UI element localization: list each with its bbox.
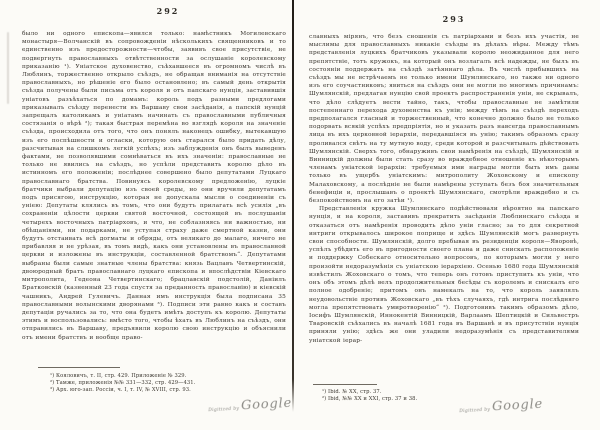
footnotes: ¹) Кояловичъ, т. II, стр. 429. Приложені… (50, 373, 195, 395)
footnote: ³) Арх. юго-зап. Россіи, ч. I, т. IV, № … (50, 387, 195, 394)
paragraph: было ни одного епископа—явился только: н… (22, 30, 286, 342)
page-number: 293 (309, 14, 579, 24)
watermark-word: Google (492, 397, 544, 415)
scan-edge-smudge (7, 32, 9, 104)
footnote-rule (38, 367, 120, 368)
footnote-rule (313, 384, 377, 385)
paragraph: Представленія кружка Шумлянскаго подѣйст… (309, 205, 579, 344)
right-page: 293 славныхъ мірянъ, что безъ сношенія с… (309, 0, 579, 430)
watermark-word: Google (241, 396, 293, 414)
paragraph: славныхъ мірянъ, что безъ сношенія съ па… (309, 33, 579, 205)
book-scan: { "watermark": { "prefix": "Digitized by… (0, 0, 600, 430)
footnote: ²) Ibid, №№ XX и XXI, стр. 37 и 38. (322, 396, 417, 403)
watermark-prefix: Digitized by (208, 407, 239, 414)
watermark-prefix: Digitized by (459, 408, 490, 415)
google-watermark: Digitized byGoogle (459, 393, 544, 416)
google-watermark: Digitized byGoogle (208, 392, 293, 415)
page-gutter-line (292, 0, 294, 412)
page-number: 292 (22, 6, 286, 16)
page-body: славныхъ мірянъ, что безъ сношенія съ па… (309, 33, 579, 379)
footnotes: ¹) Ibid. № XX, стр. 37. ²) Ibid, №№ XX и… (322, 389, 417, 403)
page-body: было ни одного епископа—явился только: н… (22, 30, 286, 359)
left-page: 292 было ни одного епископа—явился тольк… (22, 0, 286, 430)
